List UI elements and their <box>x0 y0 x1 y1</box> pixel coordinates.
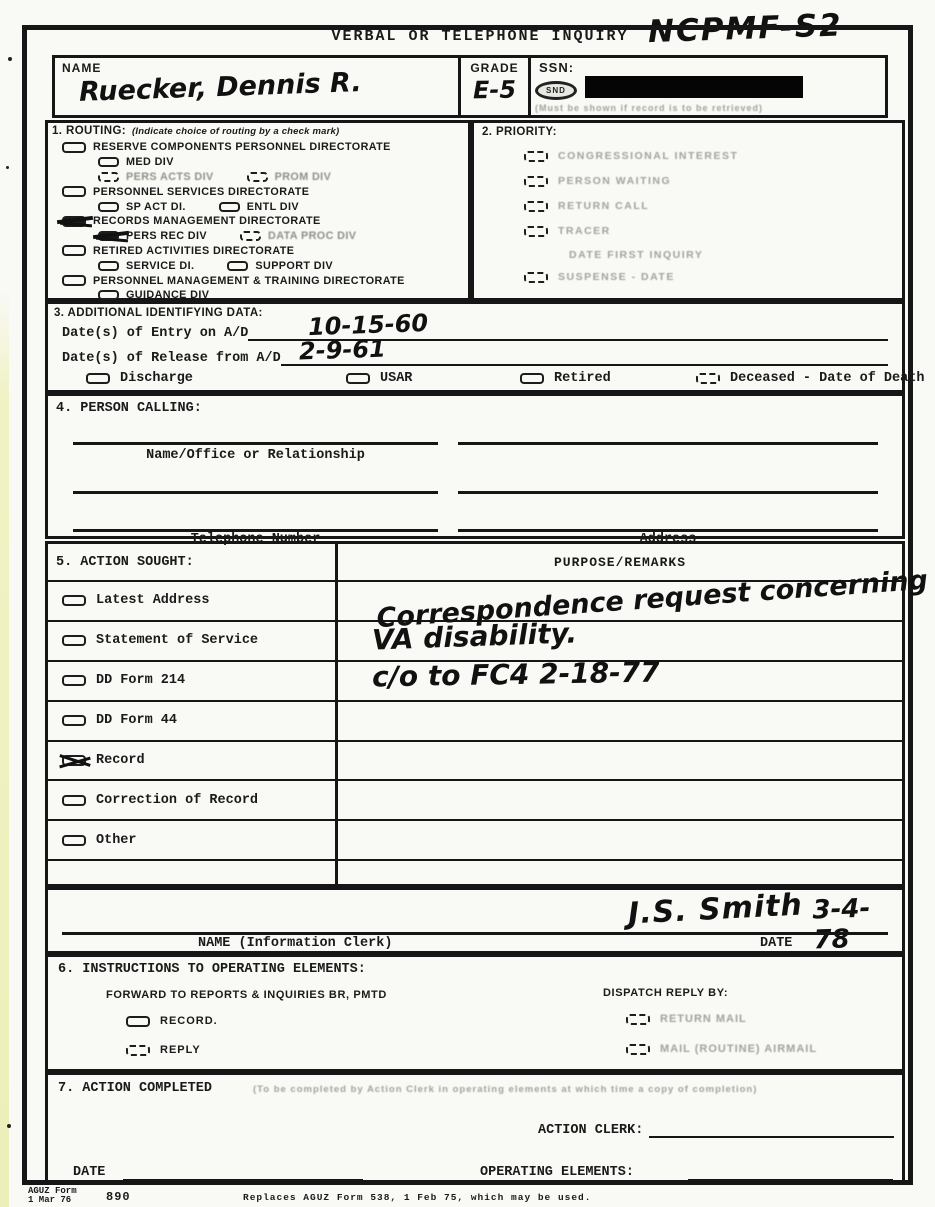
checkbox-mail-routine-airmail[interactable] <box>626 1044 650 1055</box>
clerk-signature-handwritten: J.S. Smith <box>627 887 803 931</box>
checkbox-guidance-div[interactable] <box>98 290 119 300</box>
routing-item-label: PROM DIV <box>275 171 332 183</box>
grade-value-handwritten[interactable]: E-5 <box>461 75 528 104</box>
checkbox-personnel-services[interactable] <box>62 186 86 197</box>
right-field-2[interactable] <box>458 491 878 494</box>
form-footer: AGUZ Form 1 Mar 76 890 Replaces AGUZ For… <box>28 1187 908 1207</box>
action-item-label: Correction of Record <box>96 793 258 808</box>
release-date-value: 2-9-61 <box>298 334 386 365</box>
section-action-sought: 5. ACTION SOUGHT: PURPOSE/REMARKS Latest… <box>45 541 905 887</box>
action-item-label: DD Form 44 <box>96 713 177 728</box>
name-cell: NAME Ruecker, Dennis R. <box>55 58 458 115</box>
routing-item-label: GUIDANCE DIV <box>126 289 209 301</box>
priority-item-label: DATE FIRST INQUIRY <box>569 249 703 261</box>
checkbox-statement-of-service[interactable] <box>62 635 86 646</box>
dispatch-option-label: RETURN MAIL <box>660 1013 747 1025</box>
name-value-handwritten[interactable]: Ruecker, Dennis R. <box>79 67 363 108</box>
checkbox-personnel-mgmt-training[interactable] <box>62 275 86 286</box>
clerk-date-handwritten: 3-4-78 <box>812 892 903 955</box>
dispatch-reply-label: DISPATCH REPLY BY: <box>603 987 728 999</box>
action-item-label: Other <box>96 833 137 848</box>
ssn-stamp-icon: SND <box>535 81 577 100</box>
checkbox-reply-instruction[interactable] <box>126 1045 150 1056</box>
section-routing: 1. ROUTING: (Indicate choice of routing … <box>45 120 471 301</box>
checkbox-record-instruction[interactable] <box>126 1016 150 1027</box>
checkbox-support-div[interactable] <box>227 261 248 271</box>
section-priority: 2. PRIORITY: CONGRESSIONAL INTEREST PERS… <box>471 120 905 301</box>
operating-elements-field[interactable] <box>688 1167 893 1181</box>
additional-option-label: USAR <box>380 371 412 386</box>
grade-cell: GRADE E-5 <box>458 58 528 115</box>
action-clerk-label: ACTION CLERK: <box>538 1123 643 1138</box>
checkbox-correction-of-record[interactable] <box>62 795 86 806</box>
routing-item-label: PERS REC DIV <box>126 230 207 242</box>
additional-option-label: Deceased - Date of Death <box>730 371 924 386</box>
routing-item-label: ENTL DIV <box>247 201 299 213</box>
footer-note: Replaces AGUZ Form 538, 1 Feb 75, which … <box>243 1192 591 1203</box>
checkbox-dd-form-214[interactable] <box>62 675 86 686</box>
clerk-signature-block: J.S. Smith 3-4-78 NAME (Information Cler… <box>45 887 905 954</box>
action-completed-note: (To be completed by Action Clerk in oper… <box>253 1083 903 1096</box>
checkbox-prom-div[interactable] <box>247 172 268 182</box>
date-field[interactable] <box>123 1167 363 1181</box>
checkbox-entl-div[interactable] <box>219 202 240 212</box>
release-date-label: Date(s) of Release from A/D <box>62 351 281 366</box>
checkbox-person-waiting[interactable] <box>524 176 548 187</box>
instruction-option-label: REPLY <box>160 1044 201 1056</box>
clerk-name-label: NAME (Information Clerk) <box>198 936 392 951</box>
name-office-field[interactable] <box>73 442 438 445</box>
ssn-cell: SSN: SND (Must be shown if record is to … <box>528 58 885 115</box>
checkbox-dd-form-44[interactable] <box>62 715 86 726</box>
action-item-label: DD Form 214 <box>96 673 185 688</box>
checkbox-reserve-components[interactable] <box>62 142 86 153</box>
checkbox-data-proc-div[interactable] <box>240 231 261 241</box>
priority-item-label: PERSON WAITING <box>558 175 671 187</box>
name-office-label: Name/Office or Relationship <box>73 448 438 463</box>
checkbox-pers-acts-div[interactable] <box>98 172 119 182</box>
checkbox-latest-address[interactable] <box>62 595 86 606</box>
remarks-line-3: c/o to FC4 2-18-77 <box>372 655 660 693</box>
checkbox-other[interactable] <box>62 835 86 846</box>
checkbox-med-div[interactable] <box>98 157 119 167</box>
additional-heading: 3. ADDITIONAL IDENTIFYING DATA: <box>54 307 263 319</box>
priority-item-label: CONGRESSIONAL INTEREST <box>558 150 738 162</box>
routing-item-label: RESERVE COMPONENTS PERSONNEL DIRECTORATE <box>93 141 391 153</box>
checkbox-record-checked[interactable] <box>62 755 86 766</box>
forward-to-label: FORWARD TO REPORTS & INQUIRIES BR, PMTD <box>106 989 387 1001</box>
ssn-redaction-bar <box>585 76 803 98</box>
footer-form-number: 890 <box>106 1190 131 1204</box>
action-item-label: Statement of Service <box>96 633 258 648</box>
action-clerk-field[interactable] <box>649 1124 894 1138</box>
checkbox-tracer[interactable] <box>524 226 548 237</box>
routing-item-label: PERSONNEL MANAGEMENT & TRAINING DIRECTOR… <box>93 275 405 287</box>
routing-item-label: SP ACT DI. <box>126 201 186 213</box>
scan-speck <box>6 166 9 169</box>
additional-option-label: Discharge <box>120 371 193 386</box>
action-completed-heading: 7. ACTION COMPLETED <box>58 1081 212 1096</box>
action-sought-heading: 5. ACTION SOUGHT: <box>48 544 338 580</box>
scan-edge-strip <box>0 290 9 1207</box>
checkbox-deceased[interactable] <box>696 373 720 384</box>
routing-item-label: RETIRED ACTIVITIES DIRECTORATE <box>93 245 294 257</box>
identity-box: NAME Ruecker, Dennis R. GRADE E-5 SSN: S… <box>52 55 888 118</box>
right-field-1[interactable] <box>458 442 878 445</box>
instructions-heading: 6. INSTRUCTIONS TO OPERATING ELEMENTS: <box>58 962 366 977</box>
routing-item-label: SUPPORT DIV <box>255 260 333 272</box>
checkbox-records-management-checked[interactable] <box>62 216 86 227</box>
operating-elements-label: OPERATING ELEMENTS: <box>480 1165 634 1180</box>
entry-date-label: Date(s) of Entry on A/D <box>62 326 248 341</box>
scanned-form-page: VERBAL OR TELEPHONE INQUIRY NCPMF-S2 NAM… <box>0 0 935 1207</box>
ssn-label: SSN: <box>539 60 574 75</box>
routing-item-label: PERS ACTS DIV <box>126 171 214 183</box>
remarks-line-2: VA disability. <box>371 616 577 656</box>
scan-speck <box>8 57 12 61</box>
priority-item-label: TRACER <box>558 225 611 237</box>
checkbox-return-mail[interactable] <box>626 1014 650 1025</box>
section-person-calling: 4. PERSON CALLING: Name/Office or Relati… <box>45 393 905 539</box>
checkbox-suspense-date[interactable] <box>524 272 548 283</box>
routing-item-label: RECORDS MANAGEMENT DIRECTORATE <box>93 215 321 227</box>
section-additional-data: 3. ADDITIONAL IDENTIFYING DATA: Date(s) … <box>45 301 905 393</box>
person-calling-heading: 4. PERSON CALLING: <box>56 401 202 416</box>
action-item-label: Record <box>96 753 145 768</box>
date-label: DATE <box>73 1165 105 1180</box>
checkbox-usar[interactable] <box>346 373 370 384</box>
routing-note: (Indicate choice of routing by a check m… <box>132 126 339 137</box>
checkbox-retired[interactable] <box>520 373 544 384</box>
priority-heading: 2. PRIORITY: <box>482 126 557 138</box>
clerk-date-label: DATE <box>760 936 792 951</box>
signature-line[interactable] <box>62 932 888 935</box>
release-date-field[interactable]: 2-9-61 <box>281 344 888 366</box>
routing-item-label: MED DIV <box>126 156 174 168</box>
action-item-label: Latest Address <box>96 593 209 608</box>
ssn-note: (Must be shown if record is to be retrie… <box>535 103 763 113</box>
checkbox-return-call[interactable] <box>524 201 548 212</box>
additional-option-label: Retired <box>554 371 611 386</box>
instruction-option-label: RECORD. <box>160 1015 218 1027</box>
checkbox-discharge[interactable] <box>86 373 110 384</box>
dispatch-option-label: MAIL (ROUTINE) AIRMAIL <box>660 1043 817 1055</box>
routing-item-label: SERVICE DI. <box>126 260 194 272</box>
priority-item-label: SUSPENSE - DATE <box>558 271 675 283</box>
routing-item-label: DATA PROC DIV <box>268 230 356 242</box>
priority-item-label: RETURN CALL <box>558 200 649 212</box>
checkbox-congressional-interest[interactable] <box>524 151 548 162</box>
checkbox-service-di[interactable] <box>98 261 119 271</box>
routing-item-label: PERSONNEL SERVICES DIRECTORATE <box>93 186 309 198</box>
name-label: NAME <box>62 61 101 75</box>
grade-label: GRADE <box>461 61 528 75</box>
footer-form-name: AGUZ Form 1 Mar 76 <box>28 1187 77 1205</box>
checkbox-retired-activities[interactable] <box>62 245 86 256</box>
checkbox-pers-rec-div-checked[interactable] <box>98 231 119 241</box>
section-instructions: 6. INSTRUCTIONS TO OPERATING ELEMENTS: F… <box>45 954 905 1072</box>
checkbox-sp-act-di[interactable] <box>98 202 119 212</box>
scan-speck <box>7 1124 11 1128</box>
routing-heading: 1. ROUTING: <box>52 125 126 137</box>
section-action-completed: 7. ACTION COMPLETED (To be completed by … <box>45 1072 905 1185</box>
left-field-2[interactable] <box>73 491 438 494</box>
